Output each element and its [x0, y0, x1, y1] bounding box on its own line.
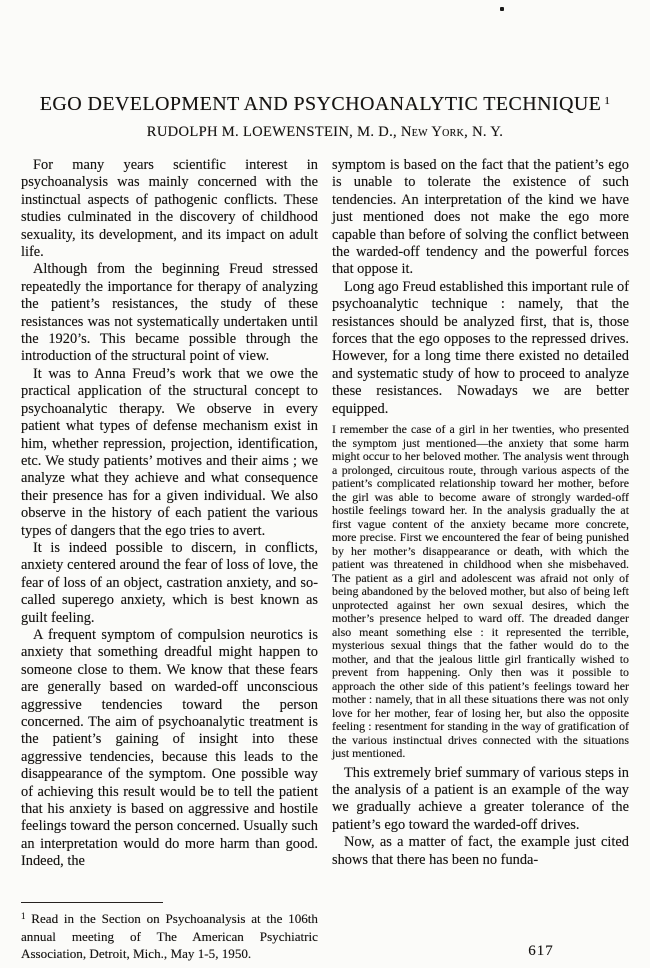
footnote-body: Read in the Section on Psychoanalysis at…: [21, 911, 318, 961]
footnote: 1 Read in the Section on Psychoanalysis …: [21, 902, 318, 963]
page-number: 617: [511, 943, 571, 960]
footnote-text: 1 Read in the Section on Psychoanalysis …: [21, 908, 318, 963]
footnote-mark: 1: [21, 911, 26, 921]
paragraph: A frequent symptom of compulsion neuroti…: [21, 627, 318, 871]
journal-page: EGO DEVELOPMENT AND PSYCHOANALYTIC TECHN…: [0, 0, 650, 968]
footnote-rule: [21, 902, 163, 903]
paragraph: For many years scientific interest in ps…: [21, 157, 318, 261]
title-footnote-mark: 1: [604, 95, 610, 107]
left-column: For many years scientific interest in ps…: [21, 157, 318, 963]
paragraph: This extremely brief summary of various …: [332, 765, 629, 835]
paragraph: It was to Anna Freud’s work that we owe …: [21, 366, 318, 540]
paragraph-continuation: symptom is based on the fact that the pa…: [332, 157, 629, 279]
paragraph: Now, as a matter of fact, the example ju…: [332, 834, 629, 869]
right-column: symptom is based on the fact that the pa…: [332, 157, 629, 963]
paragraph: It is indeed possible to discern, in con…: [21, 540, 318, 627]
ink-speck: [500, 7, 504, 11]
two-column-body: For many years scientific interest in ps…: [21, 157, 630, 963]
author-byline: RUDOLPH M. LOEWENSTEIN, M. D., New York,…: [0, 124, 650, 141]
article-title-text: EGO DEVELOPMENT AND PSYCHOANALYTIC TECHN…: [40, 93, 602, 115]
paragraph: Although from the beginning Freud stress…: [21, 261, 318, 365]
paragraph: Long ago Freud established this importan…: [332, 279, 629, 418]
article-title: EGO DEVELOPMENT AND PSYCHOANALYTIC TECHN…: [0, 93, 650, 116]
case-vignette-quote: I remember the case of a girl in her twe…: [332, 423, 629, 761]
